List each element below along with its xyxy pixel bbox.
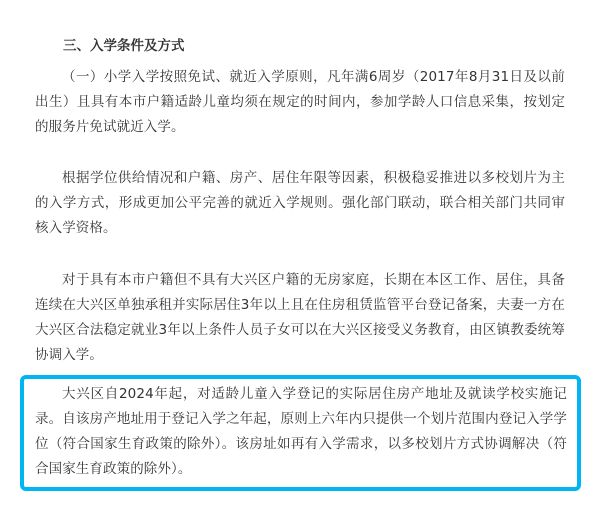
paragraph-primary-school-admission: （一）小学入学按照免试、就近入学原则，凡年满6周岁（2017年8月31日及以前出… (35, 65, 565, 140)
section-heading: 三、入学条件及方式 (63, 36, 185, 56)
paragraph-highlighted-notice: 大兴区自2024年起，对适龄儿童入学登记的实际居住房产地址及就读学校实施记录。自… (35, 382, 567, 482)
paragraph-multi-school-zoning: 根据学位供给情况和户籍、房产、居住年限等因素，积极稳妥推进以多校划片为主的入学方… (35, 166, 565, 241)
highlighted-notice-box: 大兴区自2024年起，对适龄儿童入学登记的实际居住房产地址及就读学校实施记录。自… (20, 375, 581, 491)
paragraph-non-daxing-household: 对于具有本市户籍但不具有大兴区户籍的无房家庭，长期在本区工作、居住，具备连续在大… (35, 268, 565, 368)
